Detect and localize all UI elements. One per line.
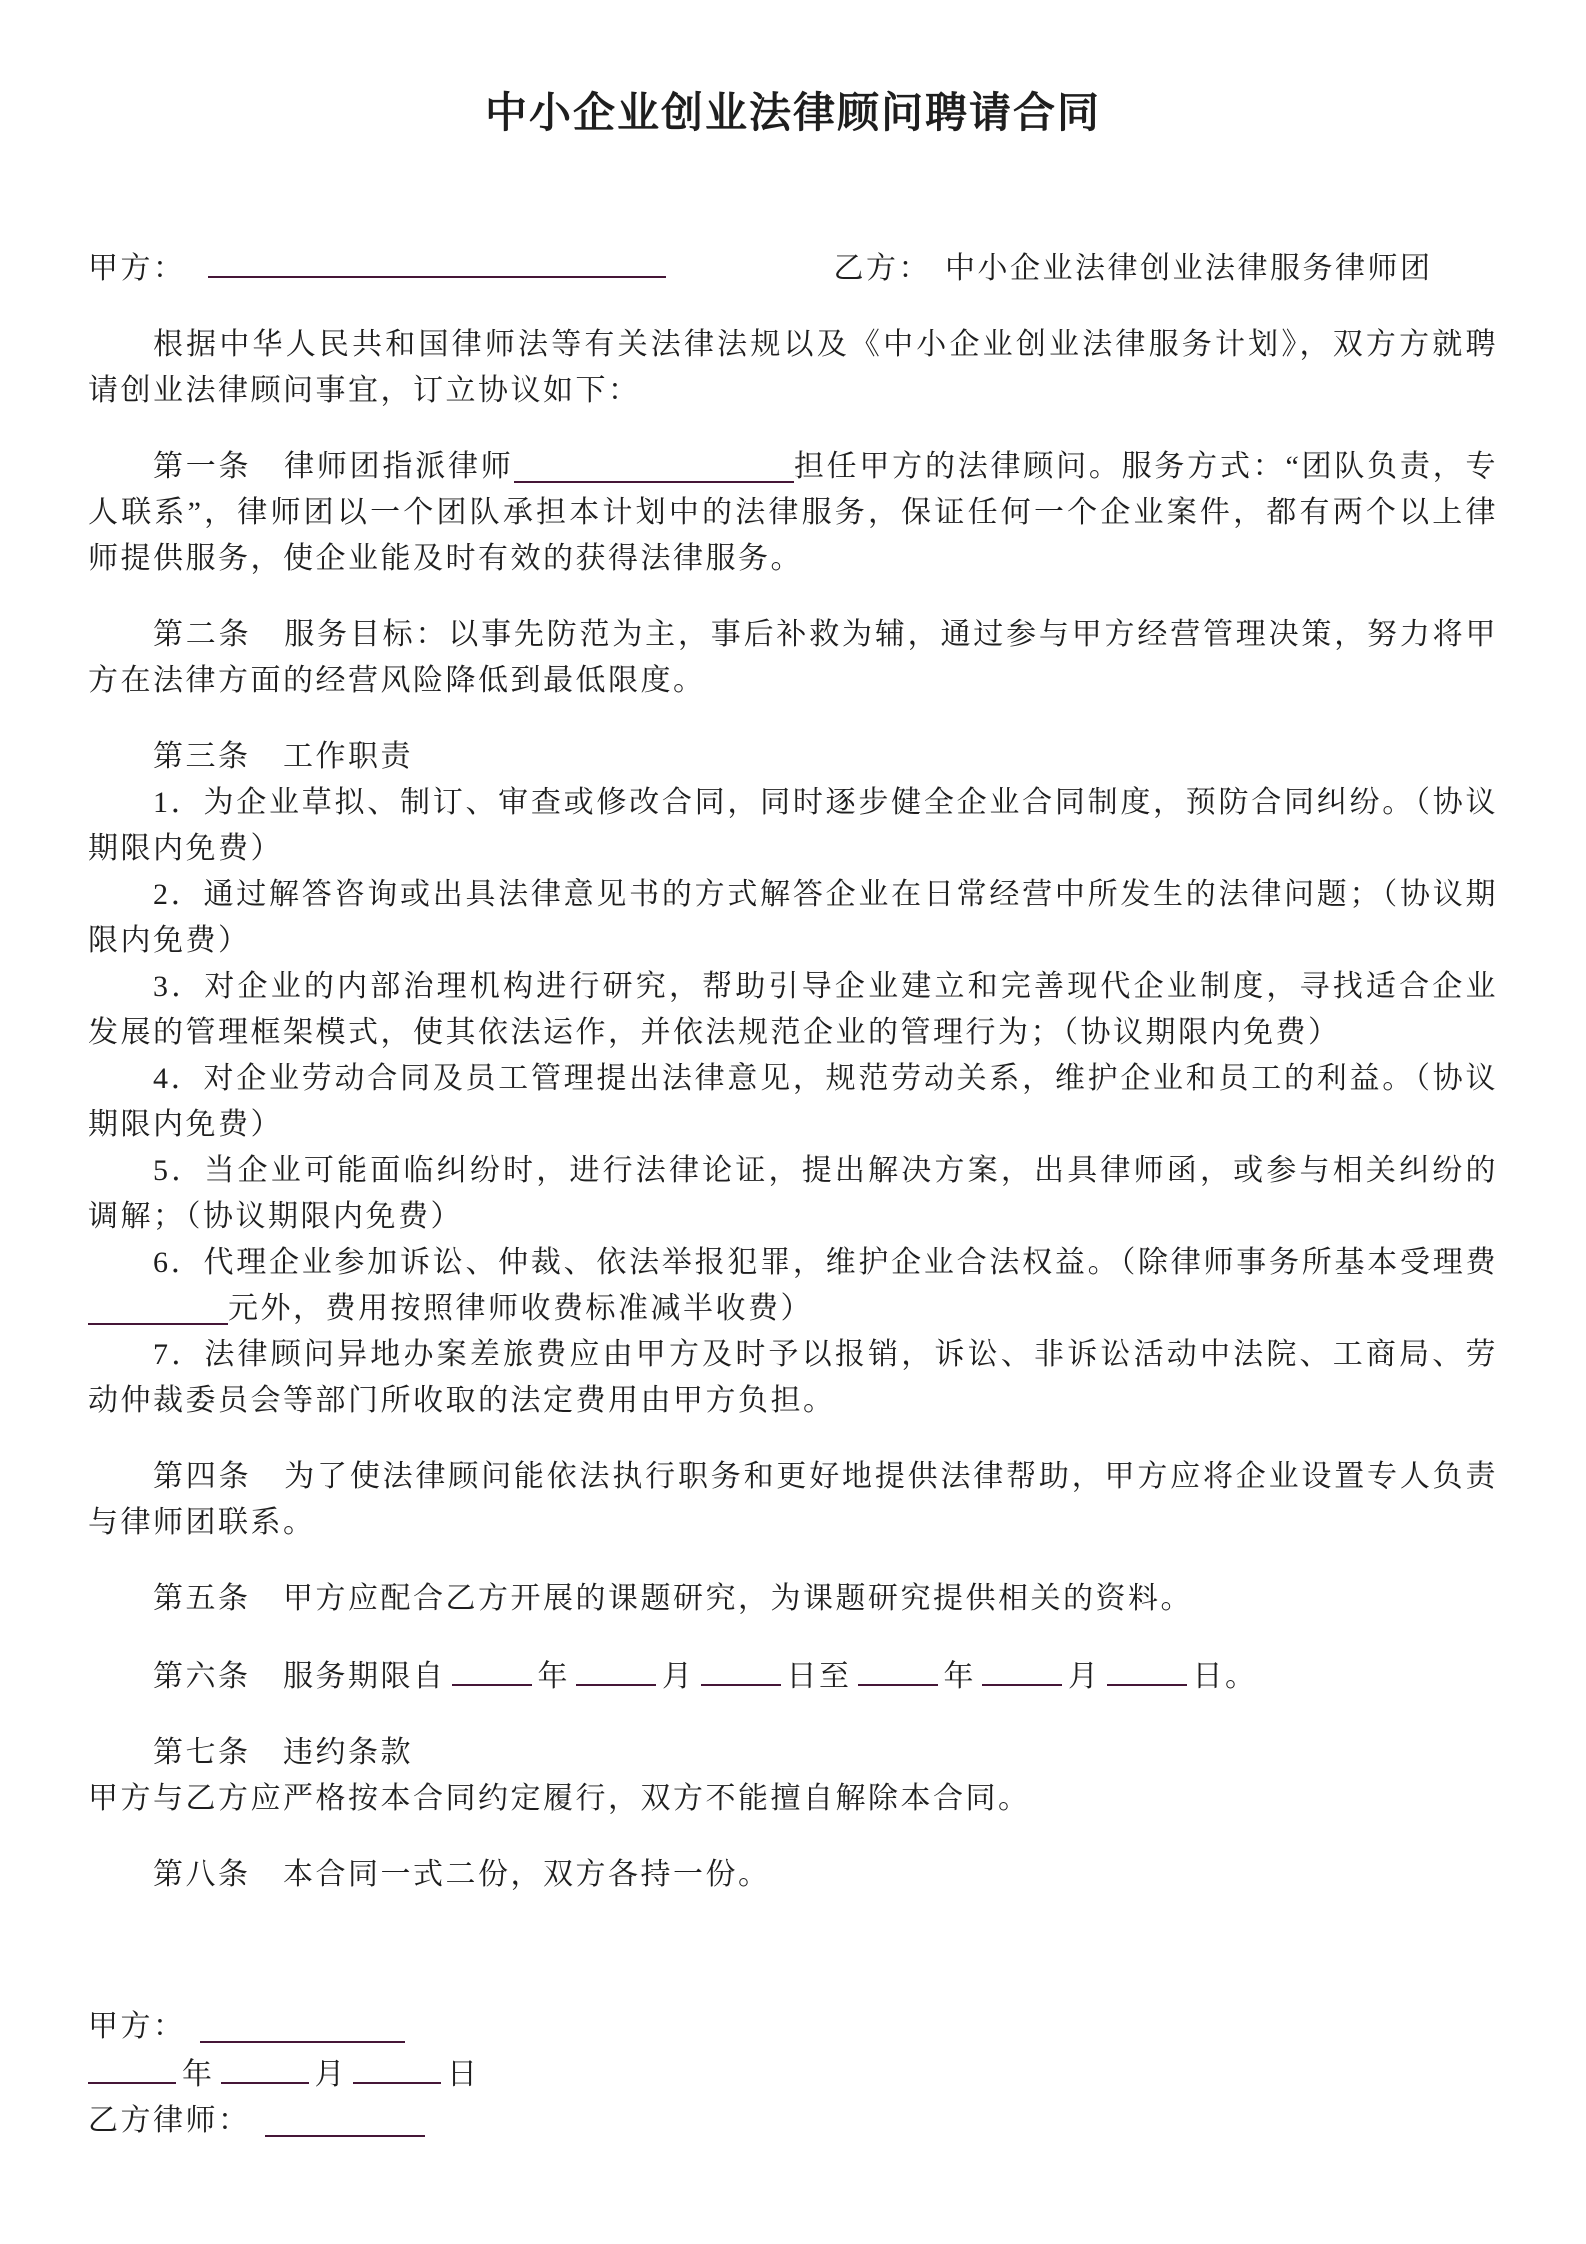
signature-party-b-lawyer-label: 乙方律师：: [88, 2104, 251, 2137]
party-b-name: 中小企业法律创业法律服务律师团: [945, 252, 1433, 285]
article-3-item-1: 1．为企业草拟、制订、审查或修改合同，同时逐步健全企业合同制度，预防合同纠纷。（…: [88, 780, 1498, 872]
party-a-name-blank-field[interactable]: [208, 244, 666, 278]
signature-month-blank-field[interactable]: [221, 2050, 309, 2084]
article-6-pre: 第六条 服务期限自: [153, 1660, 446, 1693]
article-1-pre: 第一条 律师团指派律师: [153, 450, 514, 483]
start-month-blank-field[interactable]: [576, 1652, 656, 1686]
article-5: 第五条 甲方应配合乙方开展的课题研究，为课题研究提供相关的资料。: [88, 1576, 1498, 1622]
article-2: 第二条 服务目标：以事先防范为主，事后补救为辅，通过参与甲方经营管理决策，努力将…: [88, 612, 1498, 704]
article-3-item-2: 2．通过解答咨询或出具法律意见书的方式解答企业在日常经营中所发生的法律问题；（协…: [88, 872, 1498, 964]
signature-day-label: 日: [447, 2058, 480, 2091]
article-3-item-4: 4．对企业劳动合同及员工管理提出法律意见，规范劳动关系，维护企业和员工的利益。（…: [88, 1056, 1498, 1148]
signature-party-a-row: 甲方：: [88, 2004, 1498, 2050]
party-header-row: 甲方： 乙方：中小企业法律创业法律服务律师团: [88, 244, 1498, 292]
page-title: 中小企业创业法律顾问聘请合同: [88, 86, 1498, 142]
article-3-heading: 第三条 工作职责: [88, 734, 1498, 780]
article-3-item-5: 5．当企业可能面临纠纷时，进行法律论证，提出解决方案，出具律师函，或参与相关纠纷…: [88, 1148, 1498, 1240]
end-day-blank-field[interactable]: [1107, 1652, 1187, 1686]
preamble: 根据中华人民共和国律师法等有关法律法规以及《中小企业创业法律服务计划》，双方方就…: [88, 322, 1498, 414]
article-8: 第八条 本合同一式二份，双方各持一份。: [88, 1852, 1498, 1898]
party-b: 乙方：中小企业法律创业法律服务律师团: [834, 246, 1433, 292]
article-7-heading: 第七条 违约条款: [88, 1730, 1498, 1776]
article-7: 第七条 违约条款 甲方与乙方应严格按本合同约定履行，双方不能擅自解除本合同。: [88, 1730, 1498, 1822]
signature-year-label: 年: [182, 2058, 215, 2091]
start-year-blank-field[interactable]: [452, 1652, 532, 1686]
signature-party-b-row: 乙方律师：: [88, 2098, 1498, 2144]
party-a-label: 甲方：: [88, 246, 186, 292]
article-4: 第四条 为了使法律顾问能依法执行职务和更好地提供法律帮助，甲方应将企业设置专人负…: [88, 1454, 1498, 1546]
article-3-item-6: 6．代理企业参加诉讼、仲裁、依法举报犯罪，维护企业合法权益。（除律师事务所基本受…: [88, 1240, 1498, 1332]
signature-party-a-label: 甲方：: [88, 2010, 186, 2043]
signature-year-blank-field[interactable]: [88, 2050, 176, 2084]
assigned-lawyer-blank-field[interactable]: [514, 449, 794, 483]
article-3-item-6-pre: 6．代理企业参加诉讼、仲裁、依法举报犯罪，维护企业合法权益。（除律师事务所基本受…: [153, 1246, 1498, 1279]
article-3-item-7: 7．法律顾问异地办案差旅费应由甲方及时予以报销，诉讼、非诉讼活动中法院、工商局、…: [88, 1332, 1498, 1424]
signature-month-label: 月: [315, 2058, 348, 2091]
article-3: 第三条 工作职责 1．为企业草拟、制订、审查或修改合同，同时逐步健全企业合同制度…: [88, 734, 1498, 1424]
signature-day-blank-field[interactable]: [353, 2050, 441, 2084]
article-3-item-6-post: 元外，费用按照律师收费标准减半收费）: [228, 1292, 813, 1325]
end-year-blank-field[interactable]: [858, 1652, 938, 1686]
article-6-month2: 月: [1068, 1660, 1101, 1693]
start-day-blank-field[interactable]: [701, 1652, 781, 1686]
party-b-label: 乙方：: [834, 252, 932, 285]
article-6: 第六条 服务期限自年月日至年月日。: [88, 1652, 1498, 1700]
signature-date-row: 年月日: [88, 2050, 1498, 2098]
article-6-day-to: 日至: [787, 1660, 852, 1693]
end-month-blank-field[interactable]: [982, 1652, 1062, 1686]
contract-page: 中小企业创业法律顾问聘请合同 甲方： 乙方：中小企业法律创业法律服务律师团 根据…: [0, 0, 1586, 2244]
signature-party-b-blank-field[interactable]: [265, 2103, 425, 2137]
acceptance-fee-blank-field[interactable]: [88, 1291, 228, 1325]
article-6-year1: 年: [538, 1660, 571, 1693]
article-1: 第一条 律师团指派律师担任甲方的法律顾问。服务方式：“团队负责，专人联系”，律师…: [88, 444, 1498, 582]
article-6-day-end: 日。: [1193, 1660, 1258, 1693]
article-6-month1: 月: [662, 1660, 695, 1693]
signature-party-a-blank-field[interactable]: [200, 2009, 405, 2043]
article-3-item-3: 3．对企业的内部治理机构进行研究，帮助引导企业建立和完善现代企业制度，寻找适合企…: [88, 964, 1498, 1056]
article-7-body: 甲方与乙方应严格按本合同约定履行，双方不能擅自解除本合同。: [88, 1776, 1498, 1822]
article-6-year2: 年: [944, 1660, 977, 1693]
signature-block: 甲方： 年月日 乙方律师：: [88, 2004, 1498, 2144]
